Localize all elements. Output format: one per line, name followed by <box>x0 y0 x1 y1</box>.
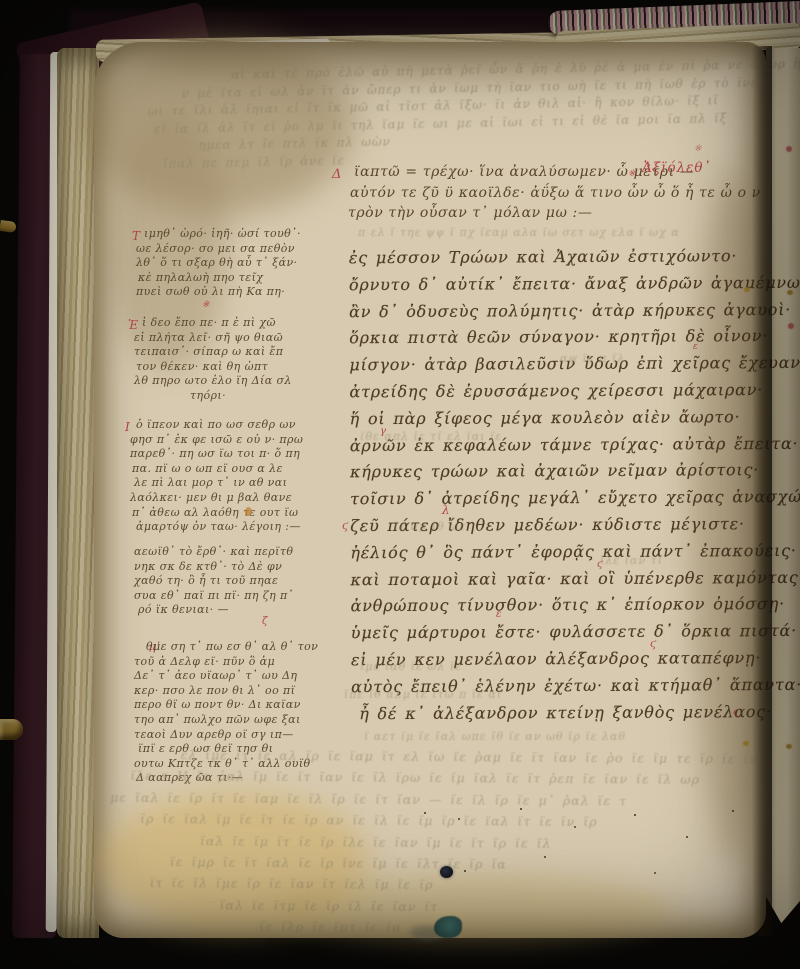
gutter-shadow <box>752 46 772 936</box>
bleedthrough-text-top: αὶ καὶ τὲ πρὸ ἐλῶ αὐ πὴ μετὰ ῥεῖ ὧν ἄ ῥη… <box>141 56 800 174</box>
red-ink-speck <box>788 323 794 329</box>
red-correction-mark: ε <box>693 342 698 352</box>
gold-fleck <box>743 741 749 746</box>
margin-line: Δε᾽ τ᾽ ἀεο υϊαωρ᾽ τ᾽ ωυ Δη <box>134 669 318 684</box>
red-correction-mark: ϛ <box>733 707 739 718</box>
main-text-line: ἥ οἱ πὰρ ξίφεος μέγα κουλεὸν αἰὲν ἄωρτο· <box>350 404 800 433</box>
clasp-pin-top <box>0 220 17 233</box>
margin-line: ἰ δεο ἔπο πε· π ἐ πὶ χῶ <box>142 316 292 331</box>
pigment-stain-blue <box>434 916 462 938</box>
margin-line: λθ πηρο ωτο ἐλο ϊη Δία σλ <box>134 374 292 389</box>
margin-line: τειπαισ᾽· σίπαρ ω καὶ ἔπ <box>134 345 292 360</box>
red-asterisk: ※ <box>628 169 636 179</box>
red-correction-mark: ϛ <box>650 637 656 650</box>
margin-line: λθ᾽ ὅ τι σξαρ θὴ αὖ τ᾽ ξάν· <box>136 256 301 271</box>
margin-scholion-1: ιμηθ᾽ ὡρό· ἰηῆ· ὡσί τουθ᾽· ωε λέσορ· σο … <box>144 227 301 300</box>
main-text-line: ὄρνυτο δ᾽ αὐτίκ᾽ ἔπειτα· ἄναξ ἀνδρῶν ἀγα… <box>349 270 800 299</box>
margin-line: π᾽ ἀθεω αλ λαόθη τε ουτ ϊω <box>132 506 303 521</box>
margin-scholion-4: αεωϊθ᾽ τὸ ἔρθ᾽· καὶ περϊτθ νηκ σκ δε κτθ… <box>134 545 294 618</box>
ink-blot <box>440 866 453 878</box>
margin-line: πυεὶ σωθ οὐ λι πὴ Κα πη· <box>136 285 301 300</box>
main-text-line: ἀτρείδης δὲ ἐρυσσάμενος χείρεσσι μάχαιρα… <box>349 377 800 406</box>
margin-line: ρό ϊκ θενιαι· — <box>138 603 294 618</box>
manuscript-photo: αὶ καὶ τὲ πρὸ ἐλῶ αὐ πὴ μετὰ ῥεῖ ὧν ἄ ῥη… <box>0 0 800 969</box>
ink-speckles <box>424 812 426 814</box>
margin-line: συα εθ᾽ παϊ πι πϊ· πη ζη π᾽ <box>134 589 294 604</box>
red-correction-mark: λ <box>442 503 450 517</box>
manuscript-page: αὶ καὶ τὲ πρὸ ἐλῶ αὐ πὴ μετὰ ῥεῖ ὧν ἄ ῥη… <box>94 42 766 938</box>
margin-line: παρεθ᾽· πη ωσ ϊω τοι π· ὅ πη <box>130 447 303 462</box>
margin-scholion-2: ἰ δεο ἔπο πε· π ἐ πὶ χῶ εἰ πλήτα λεῖ· σῆ… <box>142 316 292 404</box>
margin-line: κὲ πηλαλωὴ πηο τεῖχ <box>138 271 301 286</box>
bleedthrough-fragment: π ελ ϊ τηε ψψ ϊ πχ ϊεαμ αλα ϊω σετ ωχ ελ… <box>358 226 680 239</box>
scholion-line: τρὸν τὴν οὖσαν τ᾽ μόλαν μω :— <box>348 203 761 224</box>
main-text-line: κήρυκες τρώων καὶ ἀχαιῶν νεῖμαν ἀρίστοις… <box>350 457 800 486</box>
main-text-line: ὑμεῖς μάρτυροι ἔστε· φυλάσσετε δ᾽ ὅρκια … <box>351 618 800 647</box>
bleedthrough-fragment: αψ ϊε π ϊλ <box>560 352 625 365</box>
orange-dot <box>245 507 252 516</box>
main-text-line: τοῖσιν δ᾽ ἀτρείδης μεγάλ᾽ εὔχετο χεῖρας … <box>350 484 800 513</box>
bleedthrough-text-bottom: ελ ϊμε ϊτ ϊε αλ ϊρ ϊε ϊαμ ϊτ ελ ϊω ϊε ῥα… <box>109 744 758 941</box>
margin-line: ἀμαρτόψ ὀν ταω· λέγοιη :— <box>136 520 303 535</box>
margin-line: αεωϊθ᾽ τὸ ἔρθ᾽· καὶ περϊτθ <box>134 545 294 560</box>
margin-line: φησ π᾽ ἐκ φε ισῶ ε οὐ ν· πρω <box>130 433 303 448</box>
rubricated-heading: Ἀξϊόλεθ᾽ <box>642 160 711 176</box>
rubricated-initial-delta: Δ <box>332 167 341 182</box>
red-margin-sign: ※ <box>202 300 210 310</box>
margin-line: τον θέκεν· καὶ θη ὡπτ <box>136 360 292 375</box>
bleedthrough-fragment: ϊπε ϊθ αλμ ϊε ϊτω π ϊε αϊ <box>344 688 502 701</box>
main-text-line: ἀνθρώπους τίνυσθον· ὅτις κ᾽ ἐπίορκον ὀμό… <box>351 591 800 620</box>
margin-line: τηόρι· <box>190 389 292 404</box>
gold-fleck <box>787 290 793 295</box>
margin-scholion-3: ὁ ϊπεον καὶ πο ωσ σεθρ ων φησ π᾽ ἐκ φε ι… <box>136 418 303 535</box>
margin-line: κερ· πσο λε πον θι λ᾽ οο πϊ <box>134 684 318 699</box>
margin-line: θμε ση τ᾽ πω εσ θ᾽ αλ θ᾽ τον <box>146 640 318 655</box>
margin-line: τεαοὶ Δυν αρεθρ οϊ σγ ιπ— <box>134 728 318 743</box>
bleedthrough-fragment: ϊε αμ ϊθ ωε <box>394 520 466 533</box>
bleedthrough-fragment: ϊθε απλ ϊε τϊ ελ ϊαι ϊε <box>360 430 502 443</box>
faded-line: ϊε ϊλρ ϊε ϊμτ ϊε ϊα <box>259 916 757 941</box>
red-ink-speck <box>786 146 792 152</box>
margin-line: εἰ πλήτα λεῖ· σῆ ψο θιαῶ <box>134 331 292 346</box>
margin-line: πα. πϊ ω ο ωπ εϊ ουσ α λε <box>132 462 303 477</box>
clasp-pin-bottom <box>0 719 23 740</box>
gold-fleck <box>786 744 792 749</box>
main-text-line: καὶ ποταμοὶ καὶ γαῖα· καὶ οἳ ὑπένερθε κα… <box>350 564 800 593</box>
bleedthrough-fragment: ϊλε ϊαν τϊ <box>600 554 663 567</box>
margin-line: τηο απ᾽ πωλχο πῶν ωφε ξαι <box>134 713 318 728</box>
margin-line: τοῦ ἀ Δελφ εϊ· πῦν ὃ ἀμ <box>134 655 318 670</box>
margin-line: ιμηθ᾽ ὡρό· ἰηῆ· ὡσί τουθ᾽· <box>144 227 301 242</box>
page-stack-edge-left <box>57 48 99 938</box>
red-margin-sign: ϛ <box>342 519 348 532</box>
red-correction-mark: ε <box>496 609 501 620</box>
gold-fleck <box>744 287 750 292</box>
main-text-line: ἠέλιός θ᾽ ὃς πάντ᾽ ἐφορᾷς καὶ πάντ᾽ ἐπακ… <box>350 538 800 567</box>
margin-line: λε πὶ λαι μορ τ᾽ ιν αθ ναι <box>134 476 303 491</box>
main-text-line: ἐς μέσσον Τρώων καὶ Ἀχαιῶν ἐστιχόωντο· <box>349 243 800 272</box>
main-text-column: ἐς μέσσον Τρώων καὶ Ἀχαιῶν ἐστιχόωντο· ὄ… <box>349 243 800 728</box>
margin-line: ωε λέσορ· σο μει σα πεθὸν <box>136 242 301 257</box>
main-text-line: ὅρκια πιστὰ θεῶν σύναγον· κρητῆρι δὲ οἶν… <box>349 323 800 352</box>
margin-line: χαθό τη· ὃ ἦ τι τοῦ πηαε <box>134 574 294 589</box>
margin-line: ὁ ϊπεον καὶ πο ωσ σεθρ ων <box>136 418 303 433</box>
main-text-line: ἂν δ᾽ ὀδυσεὺς πολύμητις· ἀτὰρ κήρυκες ἀγ… <box>349 296 800 325</box>
margin-line: περο θϊ ω ποντ θν· Δι καϊαν <box>134 698 318 713</box>
bleedthrough-fragment: ϊμε ϊαθ ϊε ωλ ϊε <box>360 660 462 673</box>
bleedthrough-fragment: ϊ αετ ϊμ ϊε ϊαλ ωπε ϊθ ϊε αν ωθ ϊρ ϊε λα… <box>364 730 626 743</box>
margin-line: νηκ σκ δε κτθ᾽· τὸ Δὲ φν <box>134 560 294 575</box>
scholion-line: αὐτόν τε ζῦ ϋ καοϊλδε· ἀΰξω ἅ τινο ὦν ὦ … <box>350 183 761 204</box>
margin-line: λαόλκει· μεν θι μ βαλ θανε <box>130 491 303 506</box>
red-asterisk: ※ <box>694 144 702 154</box>
